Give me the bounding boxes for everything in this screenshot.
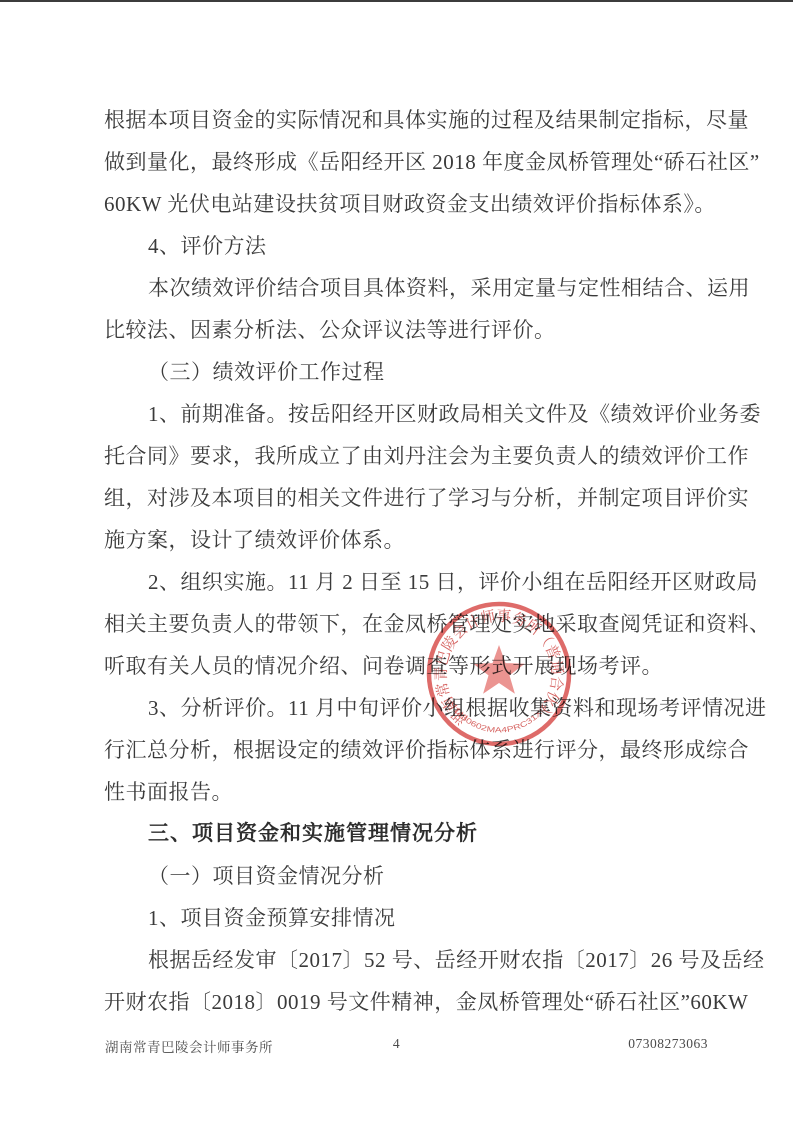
text-line: 性书面报告。 [104, 771, 722, 813]
text-line: 根据本项目资金的实际情况和具体实施的过程及结果制定指标，尽量 [104, 99, 722, 141]
text-line: 3、分析评价。11 月中旬评价小组根据收集资料和现场考评情况进 [104, 687, 722, 729]
text-line: 比较法、因素分析法、公众评议法等进行评价。 [104, 309, 722, 351]
scan-edge-line [0, 0, 793, 2]
section-heading: 三、项目资金和实施管理情况分析 [104, 813, 722, 855]
sub-section-heading: （一）项目资金情况分析 [104, 855, 722, 897]
text-line: 听取有关人员的情况介绍、问卷调查等形式开展现场考评。 [104, 645, 722, 687]
document-body: 根据本项目资金的实际情况和具体实施的过程及结果制定指标，尽量 做到量化，最终形成… [104, 99, 722, 1023]
text-line: 根据岳经发审〔2017〕52 号、岳经开财农指〔2017〕26 号及岳经 [104, 939, 722, 981]
text-line: 做到量化，最终形成《岳阳经开区 2018 年度金凤桥管理处“硚石社区” [104, 141, 722, 183]
text-line: 相关主要负责人的带领下，在金凤桥管理处实地采取查阅凭证和资料、 [104, 603, 722, 645]
text-line: 组，对涉及本项目的相关文件进行了学习与分析，并制定项目评价实 [104, 477, 722, 519]
list-item-heading: 1、项目资金预算安排情况 [104, 897, 722, 939]
footer-phone: 07308273063 [628, 1036, 708, 1052]
document-page: 根据本项目资金的实际情况和具体实施的过程及结果制定指标，尽量 做到量化，最终形成… [0, 0, 793, 1121]
text-line: 本次绩效评价结合项目具体资料，采用定量与定性相结合、运用 [104, 267, 722, 309]
list-item-heading: 4、评价方法 [104, 225, 722, 267]
text-line: 1、前期准备。按岳阳经开区财政局相关文件及《绩效评价业务委 [104, 393, 722, 435]
text-line: 托合同》要求，我所成立了由刘丹注会为主要负责人的绩效评价工作 [104, 435, 722, 477]
text-line: 行汇总分析，根据设定的绩效评价指标体系进行评分，最终形成综合 [104, 729, 722, 771]
sub-section-heading: （三）绩效评价工作过程 [104, 351, 722, 393]
text-line: 60KW 光伏电站建设扶贫项目财政资金支出绩效评价指标体系》。 [104, 183, 722, 225]
text-line: 开财农指〔2018〕0019 号文件精神，金凤桥管理处“硚石社区”60KW [104, 981, 722, 1023]
text-line: 施方案，设计了绩效评价体系。 [104, 519, 722, 561]
page-footer: 湖南常青巴陵会计师事务所 4 07308273063 [0, 1036, 793, 1058]
text-line: 2、组织实施。11 月 2 日至 15 日，评价小组在岳阳经开区财政局 [104, 561, 722, 603]
